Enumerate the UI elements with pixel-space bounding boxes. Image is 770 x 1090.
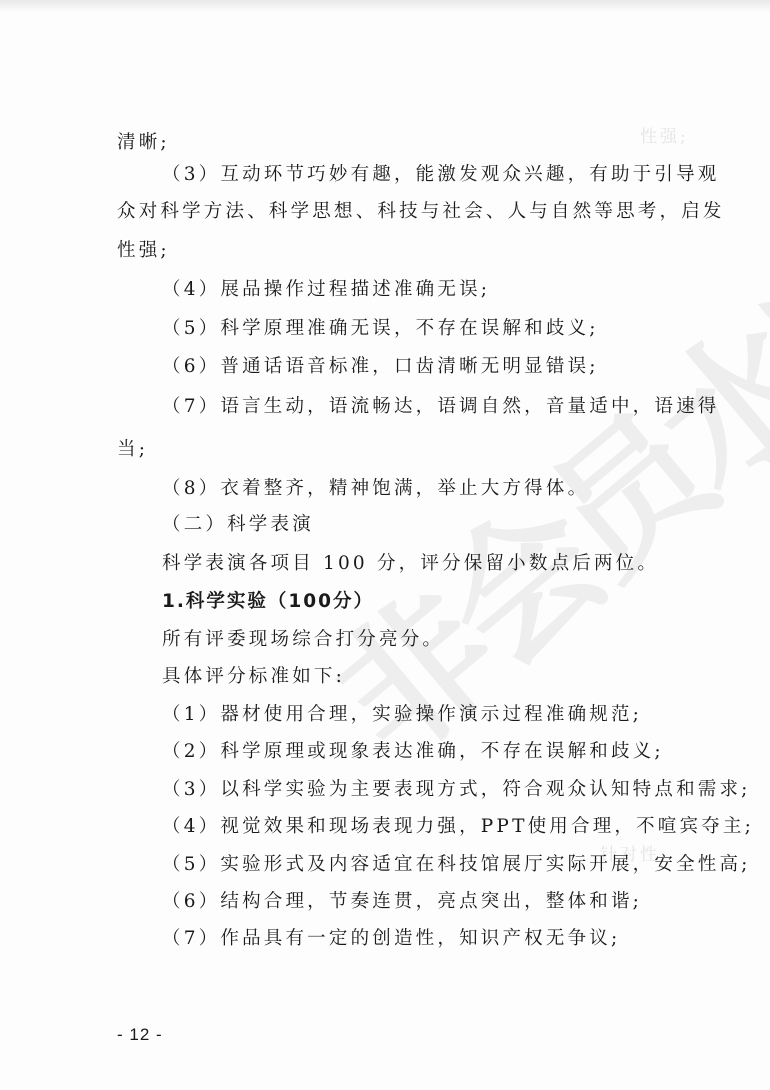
paragraph-line: （5）实验形式及内容适宜在科技馆展厅实际开展，安全性高; <box>162 850 751 876</box>
paragraph-line: （3）以科学实验为主要表现方式，符合观众认知特点和需求; <box>162 775 751 801</box>
paragraph-line: （6）结构合理，节奏连贯，亮点突出，整体和谐; <box>162 887 642 913</box>
paragraph-line: 所有评委现场综合打分亮分。 <box>162 625 444 651</box>
paragraph-line: （4）展品操作过程描述准确无误; <box>162 275 490 301</box>
paragraph-line: 具体评分标准如下: <box>162 662 345 688</box>
paragraph-line: （7）语言生动，语流畅达，语调自然，音量适中，语速得 <box>162 392 719 418</box>
section-heading: 1.科学实验（100分） <box>162 587 374 613</box>
paragraph-line: 科学表演各项目 100 分，评分保留小数点后两位。 <box>162 549 659 575</box>
bleed-through-text: 性强; <box>640 122 689 147</box>
paragraph-line: 众对科学方法、科学思想、科技与社会、人与自然等思考，启发 <box>117 197 725 223</box>
paragraph-line: 当; <box>117 435 148 461</box>
paragraph-line: （5）科学原理准确无误，不存在误解和歧义; <box>162 314 599 340</box>
paragraph-line: （二）科学表演 <box>162 510 314 536</box>
paragraph-line: （7）作品具有一定的创造性，知识产权无争议; <box>162 924 620 950</box>
page-number: - 12 - <box>117 1025 163 1045</box>
paragraph-line: （1）器材使用合理，实验操作演示过程准确规范; <box>162 700 642 726</box>
paragraph-line: （8）衣着整齐，精神饱满，举止大方得体。 <box>162 474 589 500</box>
scan-top-edge <box>0 0 770 12</box>
paragraph-line: （3）互动环节巧妙有趣，能激发观众兴趣，有助于引导观 <box>162 160 719 186</box>
paragraph-line: 性强; <box>117 236 170 262</box>
paragraph-line: 清晰; <box>117 128 170 154</box>
paragraph-line: （2）科学原理或现象表达准确，不存在误解和歧义; <box>162 737 664 763</box>
paragraph-line: （6）普通话语音标准，口齿清晰无明显错误; <box>162 352 599 378</box>
paragraph-line: （4）视觉效果和现场表现力强，PPT使用合理，不喧宾夺主; <box>162 812 754 838</box>
